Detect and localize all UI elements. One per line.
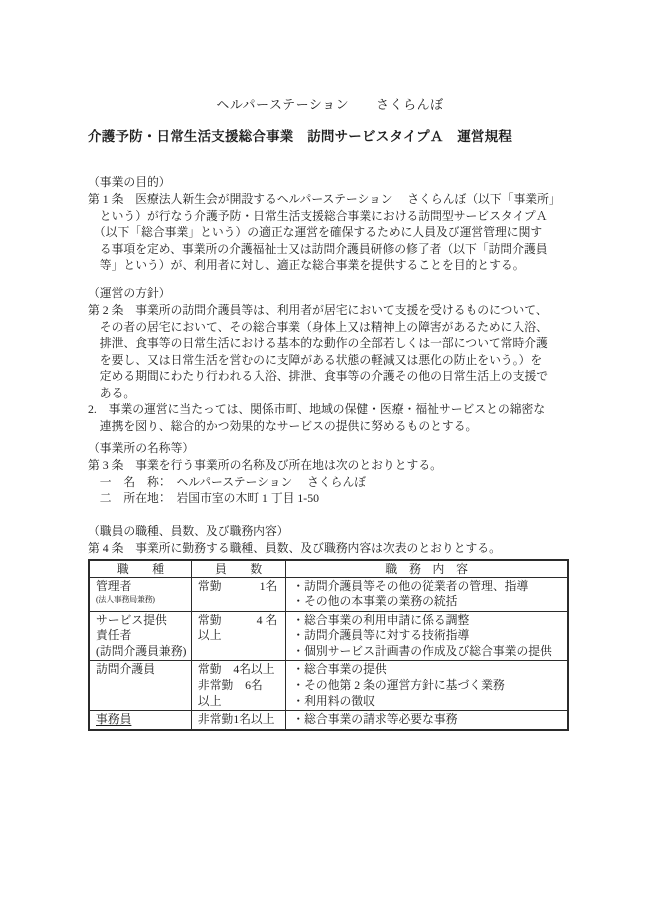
section-purpose-body: 第 1 条 医療法人新生会が開設するヘルパーステーション さくらんぼ（以下「事業… [88,191,572,274]
role-title: 事務員 [96,712,131,726]
role-cell: 管理者 (法人事務局兼務) [89,577,191,611]
count-type: 常勤 [198,579,222,595]
column-header-role: 職 種 [89,560,191,578]
role-subnote: (法人事務局兼務) [96,594,187,606]
count-cell: 非常勤1名以上 [191,711,285,730]
section-purpose-heading: （事業の目的） [88,174,572,190]
count-number: 4 名 [257,613,278,629]
role-cell: 事務員 [89,711,191,730]
duties-cell: ・総合事業の請求等必要な事務 [286,711,568,730]
section-purpose: （事業の目的） 第 1 条 医療法人新生会が開設するヘルパーステーション さくら… [88,174,572,274]
column-header-count: 員 数 [191,560,285,578]
count-number: 1名 [260,579,278,595]
duties-cell: ・総合事業の提供 ・その他第 2 条の運営方針に基づく業務 ・利用料の徴収 [286,661,568,711]
table-row-manager: 管理者 (法人事務局兼務) 常勤 1名 ・訪問介護員等その他の従業者の管理、指導… [89,577,568,611]
doc-title-regulation: 介護予防・日常生活支援総合事業 訪問サービスタイプＡ 運営規程 [88,128,572,145]
count-cell: 常勤 1名 [191,577,285,611]
count-rest: 以上 [198,628,281,644]
section-staff: （職員の職種、員数、及び職務内容） 第 4 条 事業所に勤務する職種、員数、及び… [88,523,572,731]
section-staff-lead: 第 4 条 事業所に勤務する職種、員数、及び職務内容は次表のとおりとする。 [88,540,572,557]
count-type: 常勤 [198,613,222,629]
section-name-location: （事業所の名称等） 第 3 条 事業を行う事業所の名称及び所在地は次のとおりとす… [88,440,572,507]
table-row-clerk: 事務員 非常勤1名以上 ・総合事業の請求等必要な事務 [89,711,568,730]
role-cell: サービス提供 責任者 (訪問介護員兼務) [89,611,191,661]
role-title: 管理者 [96,579,187,595]
table-row-home-helper: 訪問介護員 常勤 4名以上 非常勤 6名 以上 ・総合事業の提供 ・その他第 2… [89,661,568,711]
table-row-service-manager: サービス提供 責任者 (訪問介護員兼務) 常勤 4 名 以上 ・総合事業の利用申… [89,611,568,661]
duties-cell: ・訪問介護員等その他の従業者の管理、指導 ・その他の本事業の業務の統括 [286,577,568,611]
count-cell: 常勤 4 名 以上 [191,611,285,661]
section-staff-heading: （職員の職種、員数、及び職務内容） [88,523,572,539]
section-name-location-heading: （事業所の名称等） [88,440,572,456]
staff-table: 職 種 員 数 職 務 内 容 管理者 (法人事務局兼務) 常勤 1名 [88,559,569,731]
staff-table-header-row: 職 種 員 数 職 務 内 容 [89,560,568,578]
count-cell: 常勤 4名以上 非常勤 6名 以上 [191,661,285,711]
column-header-duties: 職 務 内 容 [286,560,568,578]
section-policy: （運営の方針） 第 2 条 事業所の訪問介護員等は、利用者が居宅において支援を受… [88,285,572,434]
section-policy-body: 第 2 条 事業所の訪問介護員等は、利用者が居宅において支援を受けるものについて… [88,302,572,434]
section-name-location-body: 第 3 条 事業を行う事業所の名称及び所在地は次のとおりとする。 一 名 称： … [88,457,572,507]
section-policy-heading: （運営の方針） [88,285,572,301]
role-cell: 訪問介護員 [89,661,191,711]
document-page: ヘルパーステーション さくらんぼ 介護予防・日常生活支援総合事業 訪問サービスタ… [0,0,645,913]
duties-cell: ・総合事業の利用申請に係る調整 ・訪問介護員等に対する技術指導 ・個別サービス計… [286,611,568,661]
doc-title-station: ヘルパーステーション さくらんぼ [88,97,572,113]
